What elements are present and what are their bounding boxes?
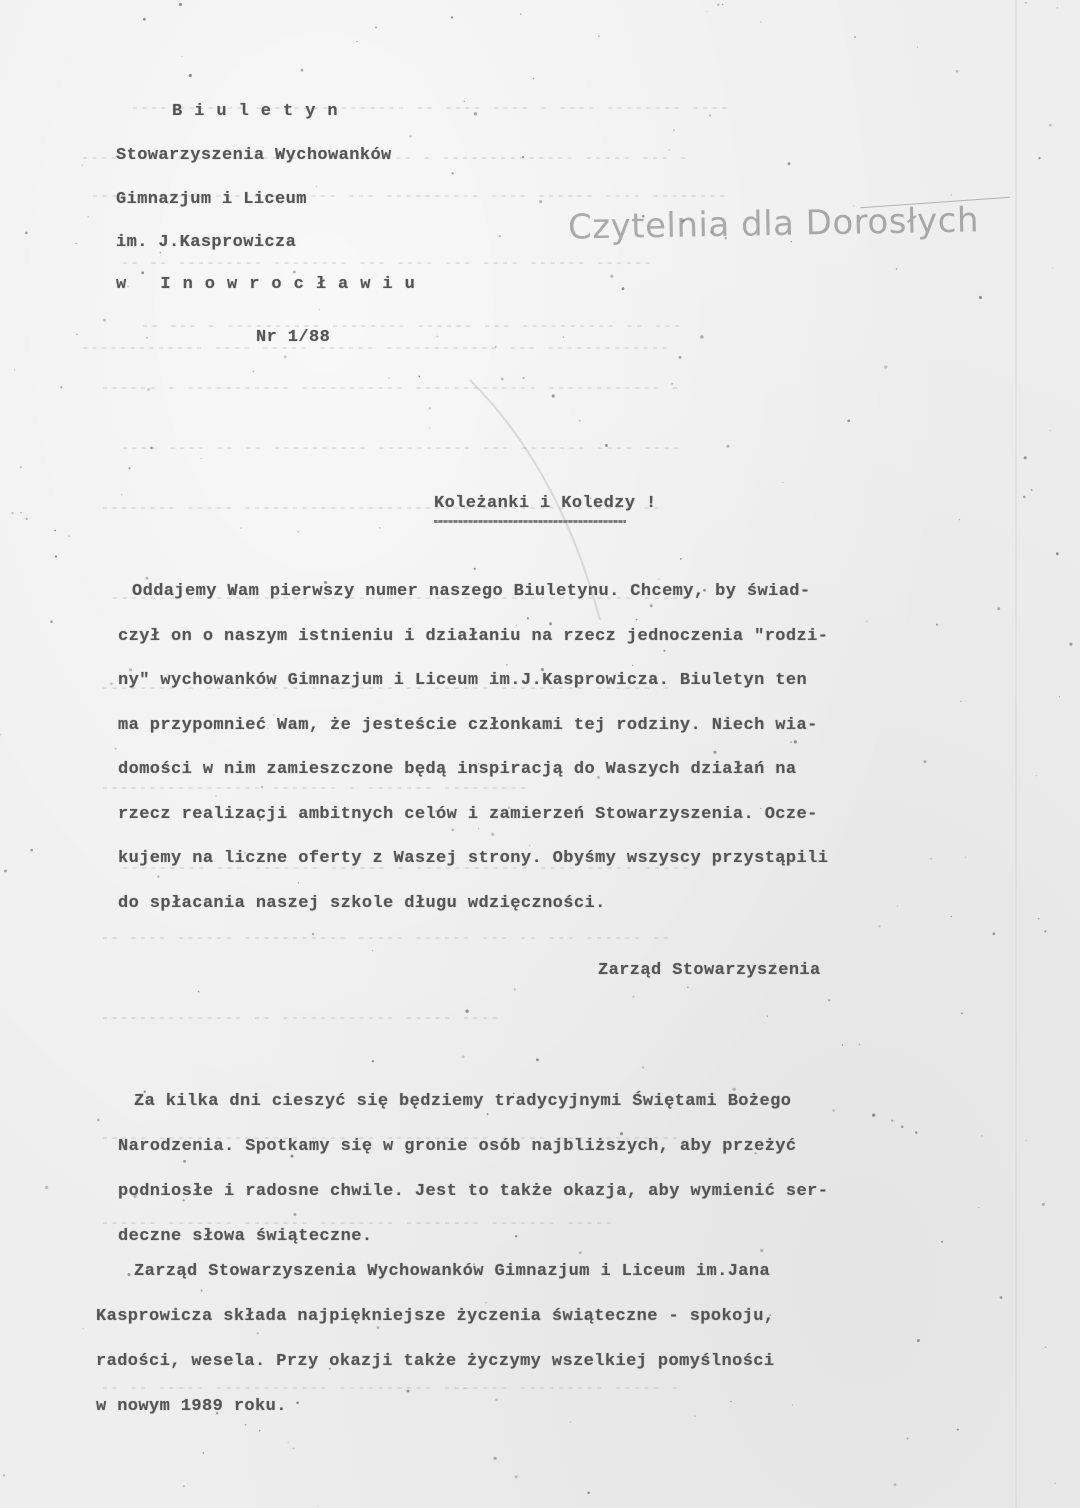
paragraph-line: domości w nim zamieszczone będą inspirac… (118, 760, 797, 779)
bleed-through-text: - ------------ ------------- -----------… (100, 380, 680, 397)
paragraph-line: Narodzenia. Spotkamy się w gronie osób n… (118, 1137, 797, 1156)
bleed-through-text: --------- ------- - ------- ------------… (100, 780, 528, 797)
bulletin-title: Biuletyn (172, 102, 350, 121)
bleed-through-text: ------------- --- ------------ ------ --… (80, 340, 669, 357)
salutation-underline (434, 520, 626, 523)
paragraph-line: Oddajemy Wam pierwszy numer naszego Biul… (132, 582, 811, 601)
paragraph-line: Kasprowicza składa najpiękniejsze życzen… (96, 1307, 775, 1326)
paragraph-line: kujemy na liczne oferty z Waszej strony.… (118, 849, 828, 868)
paragraph-line: w nowym 1989 roku. (96, 1397, 287, 1416)
bleed-through-text: -- ------ --- -- --- ------ ----- ------… (100, 930, 670, 947)
paragraph-line: ny" wychowanków Gimnazjum i Liceum im.J.… (118, 671, 807, 690)
paragraph-line: podniosłe i radosne chwile. Jest to takż… (118, 1182, 828, 1201)
paragraph-line: do spłacania naszej szkole długu wdzięcz… (118, 894, 606, 913)
issue-number: Nr 1/88 (256, 328, 330, 347)
bleed-through-text: ------ ------ ---- --- ---- --- --------… (120, 255, 652, 272)
header-org-line-3: im. J.Kasprowicza (116, 233, 296, 252)
header-org-line-2: Gimnazjum i Liceum (116, 190, 307, 209)
bleed-through-text: ---- ---- ------- --- ---------- -------… (120, 440, 681, 457)
paragraph-line: ma przypomnieć Wam, że jesteście członka… (118, 716, 818, 735)
header-org-line-4: w Inowrocławiu (116, 275, 427, 294)
signature: Zarząd Stowarzyszenia (598, 961, 821, 980)
bleed-through-text: ---- ----- ------------ -- -------------… (100, 1010, 499, 1027)
library-stamp: Czytelnia dla Dorosłych (568, 200, 980, 247)
bleed-through-text: - ----- --------- ------- ---------- ---… (100, 1380, 680, 1397)
header-org-line-1: Stowarzyszenia Wychowanków (116, 146, 392, 165)
bleed-through-text: --- -- ---------- --- ------ -------- --… (140, 318, 682, 335)
paragraph-line: deczne słowa świąteczne. (118, 1227, 372, 1246)
paragraph-line: Zarząd Stowarzyszenia Wychowanków Gimnaz… (134, 1262, 770, 1281)
paragraph-line: Za kilka dni cieszyć się będziemy tradyc… (134, 1092, 791, 1111)
salutation: Koleżanki i Koledzy ! (434, 494, 657, 513)
paragraph-line: radości, wesela. Przy okazji także życzy… (96, 1352, 775, 1371)
paragraph-line: czył on o naszym istnieniu i działaniu n… (118, 627, 828, 646)
scanned-page: ---- -------- ---- - ---- ---- -- ------… (0, 0, 1080, 1508)
paragraph-line: rzecz realizacji ambitnych celów i zamie… (118, 805, 818, 824)
